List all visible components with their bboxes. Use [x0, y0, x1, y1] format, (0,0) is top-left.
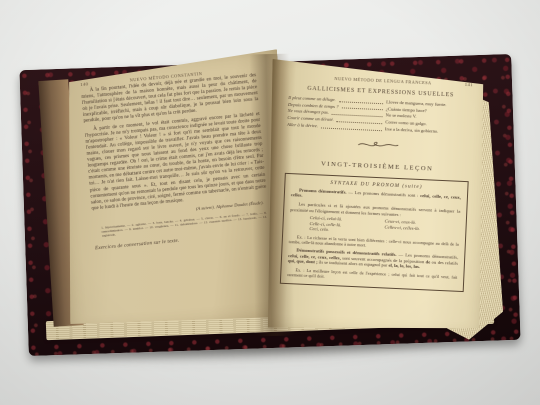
leader-dots	[332, 110, 383, 117]
bold-terms: qui, que, dont ;	[288, 258, 318, 264]
left-page-content: 140 NUEVO MÉTODO CONSTANTIN À la fin pou…	[80, 66, 271, 251]
ornament-flourish-icon	[286, 133, 471, 159]
leader-dots	[321, 123, 382, 131]
grammar-box: SYNTAXE DU PRONOM (suite) Pronoms démons…	[280, 173, 469, 292]
gallicism-french: Ne vous dérangez pas.	[288, 108, 330, 115]
gallicisms-table: Il pleut comme un déluge. Llover de mang…	[287, 95, 472, 135]
book-photo: 140 NUEVO MÉTODO CONSTANTIN À la fin pou…	[0, 0, 540, 405]
paragraph-text: ou des relatifs	[430, 259, 458, 265]
leader-dots	[339, 97, 384, 104]
bold-lead: Pronoms démonstratifs.	[299, 187, 347, 194]
lesson-title: VINGT-TROISIÈME LEÇON	[285, 159, 469, 174]
gallicism-french: Aller à la dérive.	[287, 122, 318, 129]
bold-terms: el, la, lo, los, las.	[388, 263, 420, 269]
left-page: 140 NUEVO MÉTODO CONSTANTIN À la fin pou…	[50, 49, 299, 334]
leader-dots	[337, 117, 383, 124]
leader-dots	[341, 104, 383, 111]
right-page-content: NUEVO MÉTODO DE LENGUA FRANCESA 141 GALL…	[280, 74, 473, 292]
reading-paragraph: À partir de ce moment, le vol était comm…	[84, 112, 267, 213]
right-page: NUEVO MÉTODO DE LENGUA FRANCESA 141 GALL…	[261, 54, 490, 337]
paragraph-text: — Les pronoms démonstratifs sont :	[346, 190, 420, 198]
